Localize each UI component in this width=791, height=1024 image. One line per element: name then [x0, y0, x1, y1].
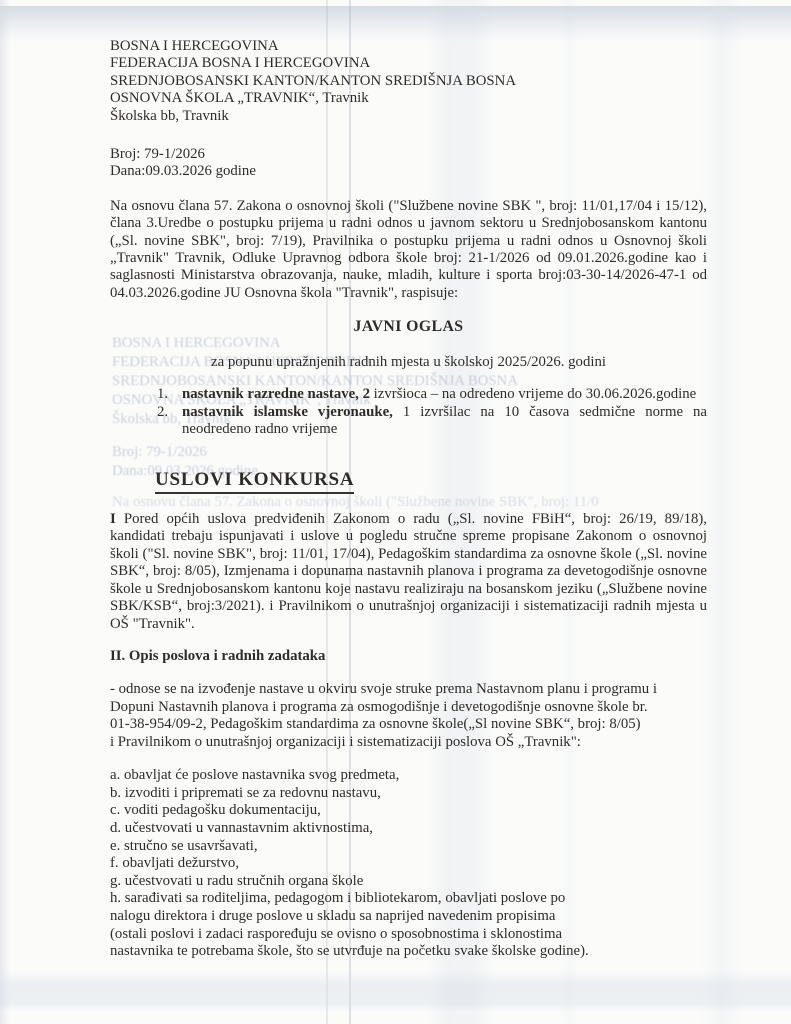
- reference-block: Broj: 79-1/2026 Dana:09.03.2026 godine: [110, 146, 707, 181]
- letterhead: BOSNA I HERCEGOVINA FEDERACIJA BOSNA I H…: [110, 38, 707, 125]
- section2-intro-line: i Pravilnikom o unutrašnjoj organizaciji…: [110, 734, 707, 752]
- document-subtitle: za popunu upražnjenih radnih mjesta u šk…: [110, 353, 707, 371]
- section2-intro-line: Dopuni Nastavnih planova i programa za o…: [110, 699, 707, 717]
- position-title-bold: nastavnik razredne nastave, 2: [182, 386, 370, 402]
- duties-list: a. obavljat će poslove nastavnika svog p…: [110, 767, 707, 961]
- scanned-document-page: BOSNA I HERCEGOVINA FEDERACIJA BOSNA I H…: [0, 0, 791, 961]
- duty-item: f. obavljati dežurstvo,: [110, 855, 707, 873]
- scan-bottom-shadow-band: [0, 970, 791, 1012]
- letterhead-line-country: BOSNA I HERCEGOVINA: [110, 38, 707, 55]
- section2-intro-line: - odnose se na izvođenje nastave u okvir…: [110, 681, 707, 699]
- position-number: 1.: [157, 386, 182, 404]
- letterhead-line-canton: SREDNJOBOSANSKI KANTON/KANTON SREDIŠNJA …: [110, 73, 707, 90]
- duty-item: g. učestvovati u radu stručnih organa šk…: [110, 873, 707, 891]
- legal-basis-paragraph: Na osnovu člana 57. Zakona o osnovnoj šk…: [110, 198, 707, 302]
- duty-item: c. voditi pedagošku dokumentaciju,: [110, 802, 707, 820]
- letterhead-line-federation: FEDERACIJA BOSNA I HERCEGOVINA: [110, 55, 707, 72]
- section1-requirements-paragraph: I Pored općih uslova predviđenih Zakonom…: [110, 511, 707, 633]
- duty-note-line: (ostali poslovi i zadaci raspoređuju se …: [110, 926, 707, 944]
- position-text: nastavnik islamske vjeronauke, 1 izvršil…: [182, 404, 707, 439]
- reference-date: Dana:09.03.2026 godine: [110, 163, 707, 180]
- duty-item: h. sarađivati sa roditeljima, pedagogom …: [110, 890, 707, 908]
- position-text: nastavnik razredne nastave, 2 izvršioca …: [182, 386, 707, 404]
- duty-item: b. izvoditi i pripremati se za redovnu n…: [110, 785, 707, 803]
- document-title: JAVNI OGLAS: [110, 317, 707, 336]
- conditions-section-heading: USLOVI KONKURSA: [155, 469, 354, 494]
- letterhead-line-address: Školska bb, Travnik: [110, 108, 707, 125]
- position-number: 2.: [157, 404, 182, 439]
- job-positions-list: 1. nastavnik razredne nastave, 2 izvršio…: [110, 386, 707, 439]
- reference-number: Broj: 79-1/2026: [110, 146, 707, 163]
- job-position-item: 1. nastavnik razredne nastave, 2 izvršio…: [157, 386, 707, 404]
- section2-intro-line: 01-38-954/09-2, Pedagoškim standardima z…: [110, 716, 707, 734]
- section2-intro: - odnose se na izvođenje nastave u okvir…: [110, 681, 707, 751]
- letterhead-line-school: OSNOVNA ŠKOLA „TRAVNIK“, Travnik: [110, 90, 707, 107]
- section2-heading: II. Opis poslova i radnih zadataka: [110, 647, 707, 665]
- duty-note-line: nastavnika te potrebama škole, što se ut…: [110, 943, 707, 961]
- position-title-bold: nastavnik islamske vjeronauke,: [182, 404, 393, 420]
- job-position-item: 2. nastavnik islamske vjeronauke, 1 izvr…: [157, 404, 707, 439]
- duty-item: e. stručno se usavršavati,: [110, 838, 707, 856]
- duty-item: d. učestvovati u vannastavnim aktivnosti…: [110, 820, 707, 838]
- duty-item-continuation: nalogu direktora i druge poslove u sklad…: [110, 908, 707, 926]
- position-details: izvršioca – na odredeno vrijeme do 30.06…: [370, 386, 696, 402]
- section1-text: Pored općih uslova predviđenih Zakonom o…: [110, 511, 707, 631]
- duty-item: a. obavljat će poslove nastavnika svog p…: [110, 767, 707, 785]
